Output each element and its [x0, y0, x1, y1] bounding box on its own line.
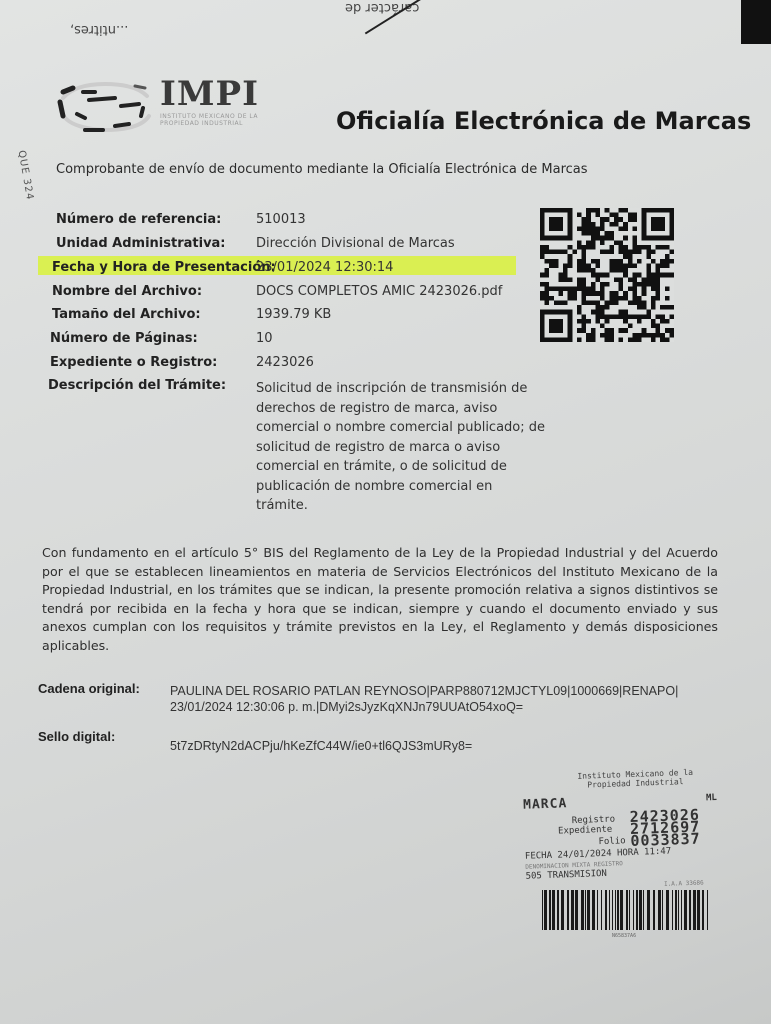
page-title: Oficialía Electrónica de Marcas: [336, 107, 751, 135]
paper-edge-shadow: [741, 0, 771, 44]
field-file-registry: Expediente o Registro: 2423026: [56, 355, 516, 377]
field-file-name: Nombre del Archivo: DOCS COMPLETOS AMIC …: [56, 284, 516, 306]
field-value: DOCS COMPLETOS AMIC 2423026.pdf: [256, 284, 502, 299]
impi-logo-icon: [55, 78, 155, 138]
stamp-institution: Instituto Mexicano de la Propiedad Indus…: [570, 768, 701, 791]
original-chain-label: Cadena original:: [38, 681, 140, 696]
original-chain-line2: 23/01/2024 12:30:06 p. m.|DMyi2sJyzKqXNJ…: [170, 699, 523, 715]
bleed-through-text: ...ntitres,: [70, 22, 128, 37]
field-value: 10: [256, 331, 273, 346]
field-label: Número de referencia:: [56, 212, 221, 227]
side-stamp-text: QUE 324: [16, 150, 36, 202]
legal-basis-paragraph: Con fundamento en el artículo 5° BIS del…: [42, 544, 718, 655]
qr-code-icon: [540, 208, 674, 342]
stamp-barcode-top: I.A.A 33686: [664, 879, 704, 887]
digital-seal-label: Sello digital:: [38, 729, 115, 744]
field-submission-datetime: Fecha y Hora de Presentación: 23/01/2024…: [56, 260, 516, 282]
stamp-expediente-label: Expediente: [558, 825, 613, 837]
field-reference-number: Número de referencia: 510013: [56, 212, 516, 234]
field-value: 510013: [256, 212, 306, 227]
field-label: Tamaño del Archivo:: [52, 307, 201, 322]
field-value: Dirección Divisional de Marcas: [256, 236, 455, 251]
original-chain-line1: PAULINA DEL ROSARIO PATLAN REYNOSO|PARP8…: [170, 683, 678, 699]
field-label: Descripción del Trámite:: [48, 378, 226, 393]
field-label: Expediente o Registro:: [50, 355, 217, 370]
stamp-date-time: FECHA 24/01/2024 HORA 11:47: [525, 847, 672, 862]
reception-stamp: Instituto Mexicano de la Propiedad Indus…: [520, 766, 740, 774]
field-label: Unidad Administrativa:: [56, 236, 226, 251]
field-page-count: Número de Páginas: 10: [56, 331, 516, 353]
stamp-ml: ML: [706, 793, 717, 803]
field-file-size: Tamaño del Archivo: 1939.79 KB: [56, 307, 516, 329]
page-subtitle: Comprobante de envío de documento median…: [56, 162, 588, 177]
digital-seal-value: 5t7zDRtyN2dACPju/hKeZfC44W/ie0+tl6QJS3mU…: [170, 738, 472, 754]
logo-subtext: INSTITUTO MEXICANO DE LA PROPIEDAD INDUS…: [160, 113, 270, 127]
svg-text:N65837A6: N65837A6: [612, 933, 636, 938]
barcode-icon: N65837A6: [540, 888, 712, 938]
logo-text: IMPI: [160, 74, 259, 114]
field-value: 1939.79 KB: [256, 307, 331, 322]
field-value: 23/01/2024 12:30:14: [256, 260, 393, 275]
field-label: Número de Páginas:: [50, 331, 198, 346]
field-administrative-unit: Unidad Administrativa: Dirección Divisio…: [56, 236, 516, 258]
stamp-folio-label: Folio: [598, 836, 625, 847]
field-label: Nombre del Archivo:: [52, 284, 202, 299]
procedure-description-value: Solicitud de inscripción de transmisión …: [256, 379, 546, 516]
stamp-procedure: 505 TRANSMISION: [525, 869, 607, 882]
field-value: 2423026: [256, 355, 314, 370]
stamp-type: MARCA: [523, 796, 568, 813]
field-label: Fecha y Hora de Presentación:: [52, 260, 276, 275]
